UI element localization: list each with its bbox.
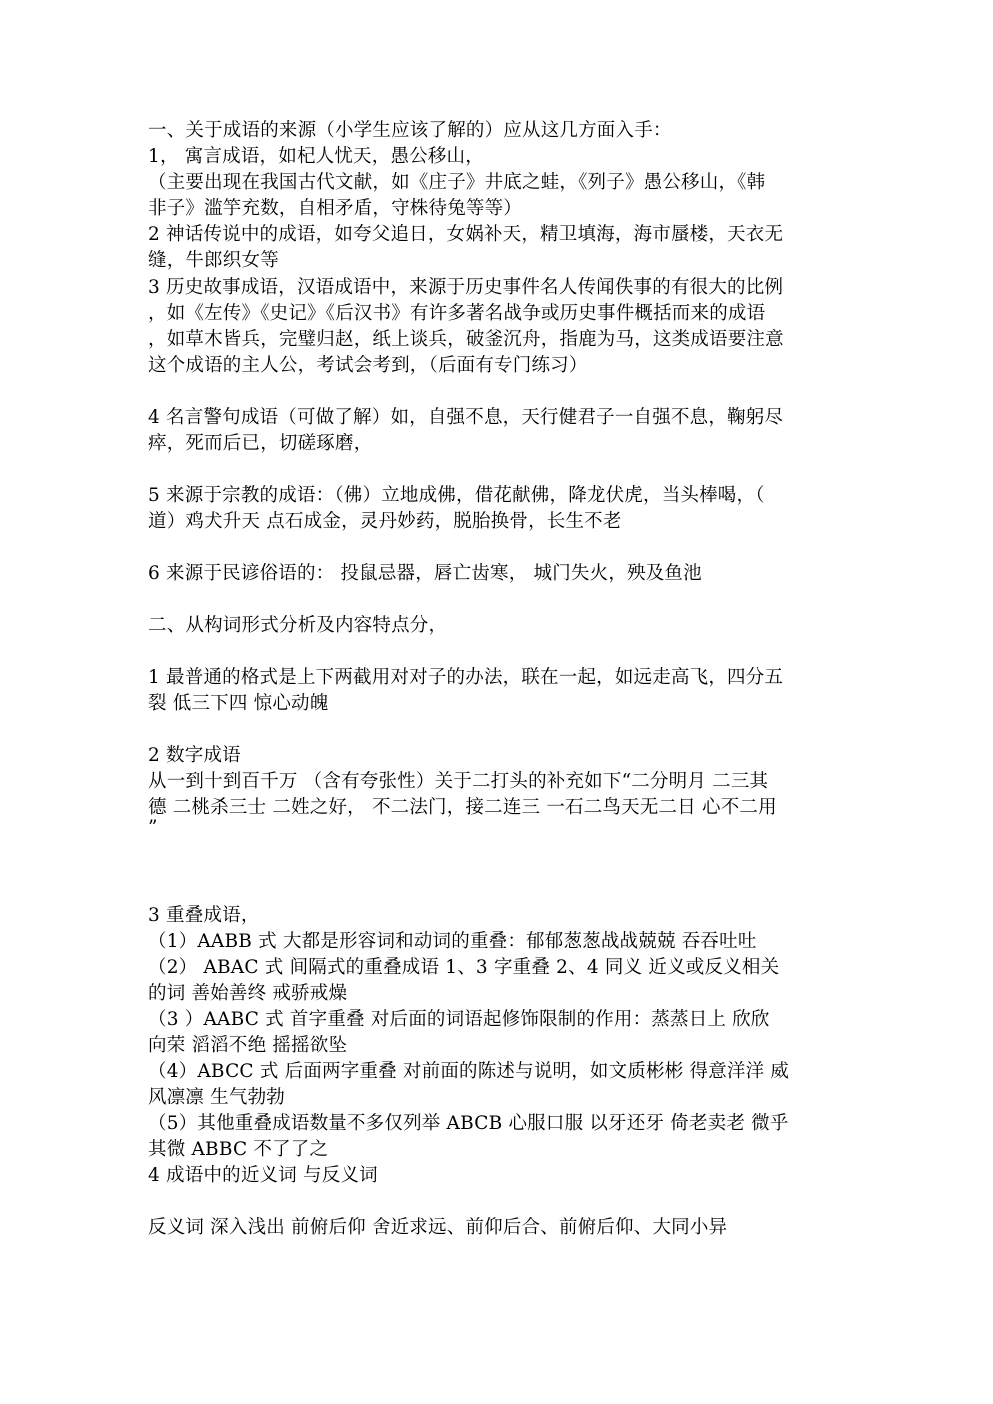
- text-line: 缝，牛郎织女等: [148, 248, 279, 274]
- text-line: 风凛凛 生气勃勃: [148, 1085, 285, 1111]
- text-line: （3 ）AABC 式 首字重叠 对后面的词语起修饰限制的作用：蒸蒸日上 欣欣: [148, 1007, 770, 1033]
- text-line: 2 数字成语: [148, 743, 241, 769]
- text-line: （5）其他重叠成语数量不多仅列举 ABCB 心服口服 以牙还牙 倚老卖老 微乎: [148, 1111, 789, 1137]
- text-line: 道）鸡犬升天 点石成金，灵丹妙药，脱胎换骨，长生不老: [148, 509, 622, 535]
- text-line: 一、关于成语的来源（小学生应该了解的）应从这几方面入手：: [148, 118, 672, 144]
- text-line: 非子》滥竽充数，自相矛盾，守株待兔等等）: [148, 196, 522, 222]
- text-line: （主要出现在我国古代文献，如《庄子》井底之蛙，《列子》愚公移山，《韩: [148, 170, 765, 196]
- text-line: 3 历史故事成语，汉语成语中，来源于历史事件名人传闻佚事的有很大的比例: [148, 275, 783, 301]
- text-line: ”: [148, 815, 158, 841]
- text-line: 反义词 深入浅出 前俯后仰 舍近求远、前仰后合、前俯后仰、大同小异: [148, 1215, 727, 1241]
- text-line: 5 来源于宗教的成语：（佛）立地成佛，借花献佛，降龙伏虎，当头棒喝，（: [148, 483, 765, 509]
- text-line: （4）ABCC 式 后面两字重叠 对前面的陈述与说明，如文质彬彬 得意洋洋 威: [148, 1059, 789, 1085]
- text-line: 1， 寓言成语，如杞人忧天，愚公移山，: [148, 144, 484, 170]
- text-line: 4 成语中的近义词 与反义词: [148, 1163, 378, 1189]
- text-line: （2） ABAC 式 间隔式的重叠成语 1、3 字重叠 2、4 同义 近义或反义…: [148, 955, 779, 981]
- text-line: 这个成语的主人公，考试会考到，（后面有专门练习）: [148, 353, 588, 379]
- text-line: ，如《左传》《史记》《后汉书》有许多著名战争或历史事件概括而来的成语: [148, 301, 765, 327]
- text-line: （1）AABB 式 大都是形容词和动词的重叠：郁郁葱葱战战兢兢 吞吞吐吐: [148, 929, 757, 955]
- text-line: 德 二桃杀三士 二姓之好， 不二法门，接二连三 一石二鸟天无二日 心不二用: [148, 795, 777, 821]
- text-line: 瘁，死而后已，切磋琢磨，: [148, 431, 372, 457]
- text-line: 2 神话传说中的成语，如夸父追日，女娲补天，精卫填海，海市蜃楼，天衣无: [148, 222, 783, 248]
- text-line: 4 名言警句成语（可做了解）如，自强不息，天行健君子一自强不息，鞠躬尽: [148, 405, 783, 431]
- text-line: 6 来源于民谚俗语的： 投鼠忌器，唇亡齿寒， 城门失火，殃及鱼池: [148, 561, 702, 587]
- text-line: 从一到十到百千万 （含有夸张性）关于二打头的补充如下“二分明月 二三其: [148, 769, 768, 795]
- text-line: 其微 ABBC 不了了之: [148, 1137, 328, 1163]
- text-line: 3 重叠成语，: [148, 903, 260, 929]
- text-line: ，如草木皆兵，完璧归赵，纸上谈兵，破釜沉舟，指鹿为马，这类成语要注意: [148, 327, 784, 353]
- text-line: 裂 低三下四 惊心动魄: [148, 691, 328, 717]
- text-line: 1 最普通的格式是上下两截用对对子的办法，联在一起，如远走高飞，四分五: [148, 665, 783, 691]
- text-line: 的词 善始善终 戒骄戒燥: [148, 981, 347, 1007]
- text-line: 向荣 滔滔不绝 摇摇欲坠: [148, 1033, 347, 1059]
- text-line: 二、从构词形式分析及内容特点分，: [148, 613, 447, 639]
